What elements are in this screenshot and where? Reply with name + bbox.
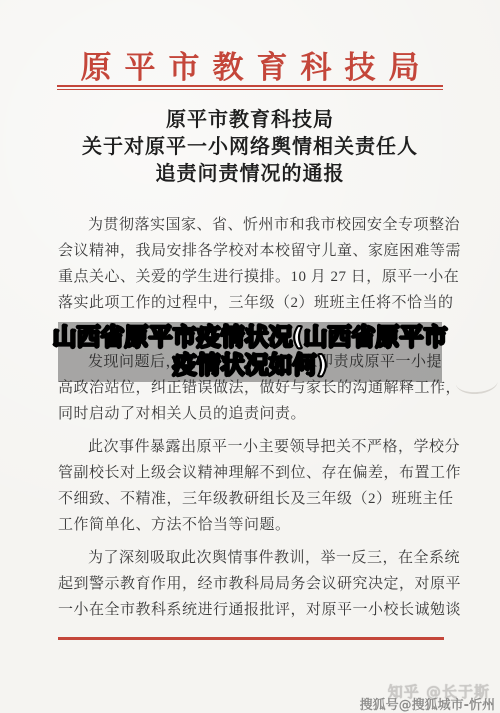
document-title-line2: 关于对原平一小网络舆情相关责任人: [0, 134, 500, 161]
doc-line: 此次事件暴露出原平一小主要领导把关不严格，学校分: [58, 434, 442, 460]
document-title-line1: 原平市教育科技局: [0, 107, 500, 134]
doc-line: 为贯彻落实国家、省、忻州市和我市校园安全专项整治: [58, 212, 442, 238]
document-title: 原平市教育科技局 关于对原平一小网络舆情相关责任人 追责问责情况的通报: [0, 107, 500, 188]
scanned-document-page: 原平市教育科技局 原平市教育科技局 关于对原平一小网络舆情相关责任人 追责问责情…: [0, 0, 500, 713]
doc-line: 重点关心、关爱的学生进行摸排。10 月 27 日，原平一小在: [58, 264, 442, 290]
document-body: 为贯彻落实国家、省、忻州市和我市校园安全专项整治 会议精神，我局安排各学校对本校…: [58, 212, 442, 630]
paragraph-3: 此次事件暴露出原平一小主要领导把关不严格，学校分 管副校长对上级会议精神理解不到…: [58, 434, 442, 538]
doc-line: 不细致、不精准，三年级教研组长及三年级（2）班班主任: [58, 486, 442, 512]
doc-line: 起到警示教育作用，经市教科局局务会议研究决定，对原平: [58, 571, 442, 597]
sohu-watermark: 搜狐号@搜狐城市-忻州: [360, 694, 495, 713]
overlay-caption-line2: 疫情状况如何): [48, 351, 452, 379]
doc-line: 落实此项工作的过程中，三年级（2）班班主任将不恰当的: [58, 290, 442, 316]
doc-line: 会议精神，我局安排各学校对本校留守儿童、家庭困难等需: [58, 238, 442, 264]
scan-artifact-mark: [456, 379, 499, 396]
doc-line: 管副校长对上级会议精神理解不到位、存在偏差，布置工作: [58, 460, 442, 486]
paragraph-4: 为了深刻吸取此次舆情事件教训，举一反三，在全系统 起到警示教育作用，经市教科局局…: [58, 545, 442, 623]
doc-line: 一小在全市教科系统进行通报批评，对原平一小校长诚勉谈: [58, 597, 442, 623]
letterhead-double-rule: [57, 85, 443, 90]
letterhead-footer-rule: [58, 637, 444, 640]
doc-line: 工作简单化、方法不恰当等问题。: [58, 512, 442, 538]
letterhead-org-name: 原平市教育科技局: [0, 42, 500, 87]
caption-overlay-band: 山西省原平市疫情状况(山西省原平市 疫情状况如何): [58, 322, 442, 382]
doc-line: 同时启动了对相关人员的追责问责。: [58, 401, 442, 427]
doc-line: 为了深刻吸取此次舆情事件教训，举一反三，在全系统: [58, 545, 442, 571]
overlay-caption-text: 山西省原平市疫情状况(山西省原平市 疫情状况如何): [48, 323, 452, 379]
document-title-line3: 追责问责情况的通报: [0, 161, 500, 188]
overlay-caption-line1: 山西省原平市疫情状况(山西省原平市: [48, 323, 452, 351]
